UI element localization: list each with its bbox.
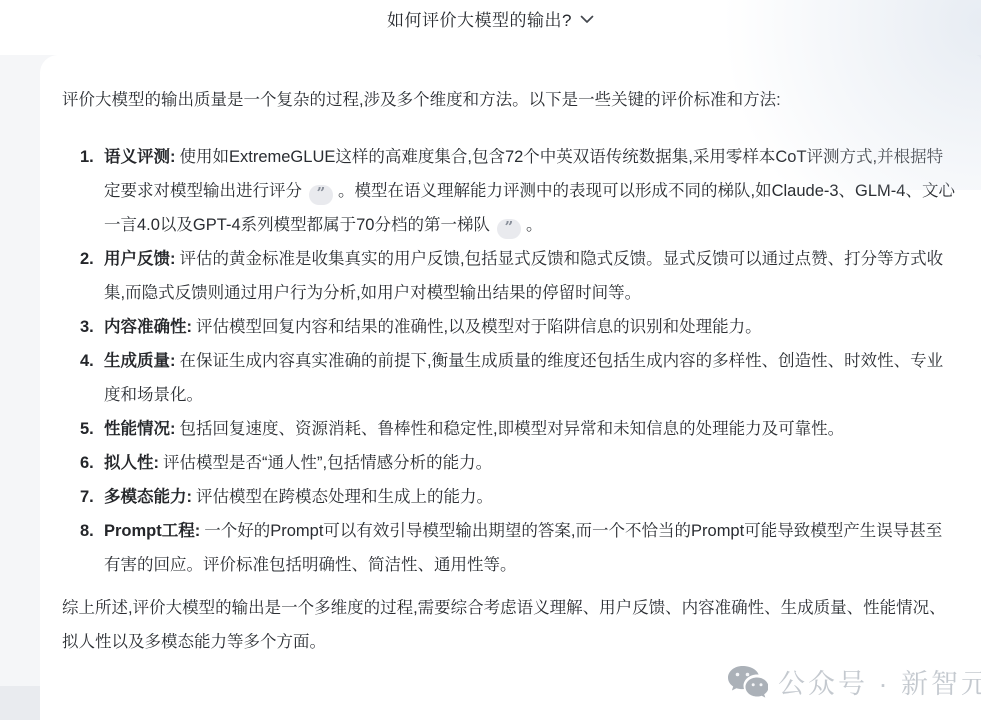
conclusion-paragraph: 综上所述,评价大模型的输出是一个多维度的过程,需要综合考虑语义理解、用户反馈、内… — [62, 591, 955, 659]
item-term: 语义评测: — [104, 148, 176, 166]
item-term: 拟人性: — [104, 454, 159, 472]
item-body-text: 评估模型在跨模态处理和生成上的能力。 — [196, 488, 493, 506]
intro-paragraph: 评价大模型的输出质量是一个复杂的过程,涉及多个维度和方法。以下是一些关键的评价标… — [62, 83, 955, 117]
citation-badge[interactable]: ” — [497, 219, 521, 239]
answer-card: 评价大模型的输出质量是一个复杂的过程,涉及多个维度和方法。以下是一些关键的评价标… — [40, 55, 981, 720]
item-body-text: 评估模型回复内容和结果的准确性,以及模型对于陷阱信息的识别和处理能力。 — [196, 318, 762, 336]
chat-answer-screen: 已阅读 41 个网页 如何评价大模型的输出? 评价大模型的输出质量是一个复杂的过… — [0, 0, 981, 720]
list-item: 4.生成质量:在保证生成内容真实准确的前提下,衡量生成质量的维度还包括生成内容的… — [80, 344, 955, 412]
item-number: 7. — [80, 480, 94, 514]
header-bar: 如何评价大模型的输出? — [0, 0, 981, 55]
item-number: 5. — [80, 412, 94, 446]
title-chevron-down-icon[interactable] — [580, 15, 594, 24]
item-number: 1. — [80, 140, 94, 174]
list-item: 3.内容准确性:评估模型回复内容和结果的准确性,以及模型对于陷阱信息的识别和处理… — [80, 310, 955, 344]
item-term: 生成质量: — [104, 352, 176, 370]
item-body-text: 评估模型是否“通人性”,包括情感分析的能力。 — [163, 454, 492, 472]
item-term: 多模态能力: — [104, 488, 192, 506]
item-term: 内容准确性: — [104, 318, 192, 336]
item-number: 6. — [80, 446, 94, 480]
evaluation-points-list: 1.语义评测:使用如ExtremeGLUE这样的高难度集合,包含72个中英双语传… — [80, 140, 955, 582]
gutter-shade — [0, 686, 40, 720]
item-term: 用户反馈: — [104, 250, 176, 268]
list-item: 5.性能情况:包括回复速度、资源消耗、鲁棒性和稳定性,即模型对异常和未知信息的处… — [80, 412, 955, 446]
item-number: 3. — [80, 310, 94, 344]
list-item: 7.多模态能力:评估模型在跨模态处理和生成上的能力。 — [80, 480, 955, 514]
item-number: 2. — [80, 242, 94, 276]
citation-badge[interactable]: ” — [309, 185, 333, 205]
item-body-text: 在保证生成内容真实准确的前提下,衡量生成质量的维度还包括生成内容的多样性、创造性… — [104, 352, 943, 404]
item-body-text: 评估的黄金标准是收集真实的用户反馈,包括显式反馈和隐式反馈。显式反馈可以通过点赞… — [104, 250, 943, 302]
item-body-text: 。 — [526, 216, 543, 234]
item-number: 8. — [80, 514, 94, 548]
item-body-text: 一个好的Prompt可以有效引导模型输出期望的答案,而一个不恰当的Prompt可… — [104, 522, 942, 574]
list-item: 8.Prompt工程:一个好的Prompt可以有效引导模型输出期望的答案,而一个… — [80, 514, 955, 582]
list-item: 2.用户反馈:评估的黄金标准是收集真实的用户反馈,包括显式反馈和隐式反馈。显式反… — [80, 242, 955, 310]
item-term: 性能情况: — [104, 420, 176, 438]
list-item: 6.拟人性:评估模型是否“通人性”,包括情感分析的能力。 — [80, 446, 955, 480]
page-title: 如何评价大模型的输出? — [387, 6, 572, 31]
item-term: Prompt工程: — [104, 522, 200, 540]
item-number: 4. — [80, 344, 94, 378]
item-body-text: 包括回复速度、资源消耗、鲁棒性和稳定性,即模型对异常和未知信息的处理能力及可靠性… — [180, 420, 845, 438]
list-item: 1.语义评测:使用如ExtremeGLUE这样的高难度集合,包含72个中英双语传… — [80, 140, 955, 242]
